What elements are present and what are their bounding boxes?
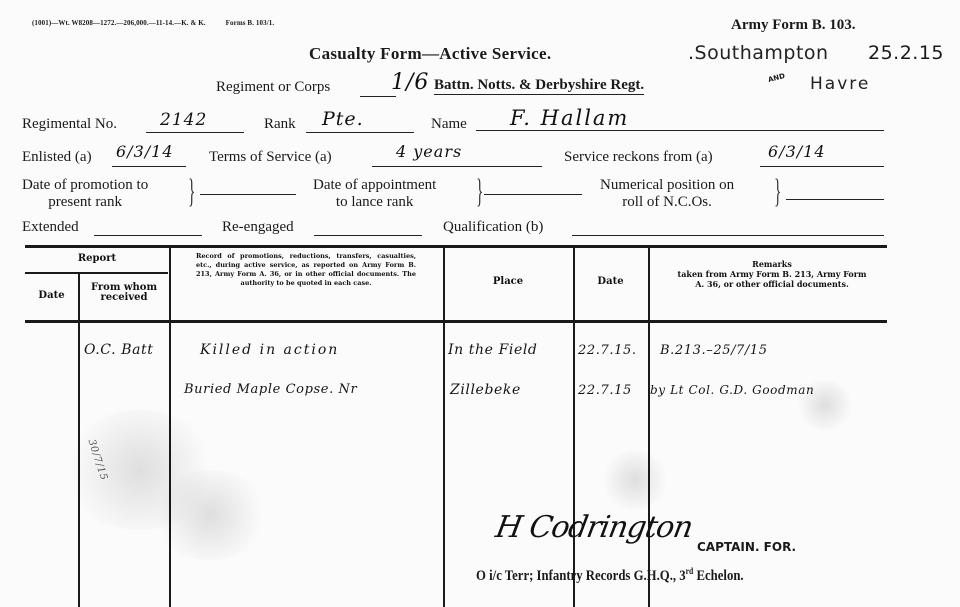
enlisted-underline [112, 166, 186, 167]
header-record: Record of promotions, reductions, transf… [196, 252, 416, 288]
extended-underline[interactable] [94, 235, 202, 236]
stamp-and: AND [767, 72, 786, 84]
name-underline [476, 130, 884, 131]
rank-label: Rank [264, 116, 296, 133]
regimental-no-underline [146, 132, 244, 133]
reckons-value[interactable]: 6/3/14 [768, 142, 826, 161]
ncos-label-line1: Numerical position on [600, 177, 734, 194]
reengaged-label: Re-engaged [222, 219, 294, 236]
promotion-brace: } [188, 175, 195, 209]
form-reference: Forms B. 103/1. [226, 19, 275, 27]
row1-date[interactable]: 22.7.15. [578, 343, 637, 358]
reckons-label: Service reckons from (a) [564, 149, 713, 166]
stamp-place-havre: Havre [810, 74, 870, 94]
regimental-no-label: Regimental No. [22, 116, 117, 133]
records-office-suffix: Echelon. [693, 568, 743, 584]
terms-label: Terms of Service (a) [209, 149, 332, 166]
reengaged-underline[interactable] [314, 235, 422, 236]
regiment-label: Regiment or Corps [216, 79, 330, 96]
regiment-underline [360, 96, 396, 97]
qualification-underline[interactable] [572, 235, 884, 236]
paper-stain [600, 450, 670, 510]
army-form-number: Army Form B. 103. [731, 17, 856, 34]
records-office: O i/c Terr; Infantry Records G.H.Q., 3rd… [476, 566, 744, 585]
promotion-label-line2: present rank [22, 194, 148, 211]
table-header-bottom-border [25, 320, 887, 323]
ncos-underline[interactable] [786, 199, 884, 200]
promotion-label: Date of promotion to present rank [22, 177, 148, 211]
enlisted-label: Enlisted (a) [22, 149, 92, 166]
extended-label: Extended [22, 219, 79, 236]
col-divider-date-from [78, 273, 80, 607]
name-value[interactable]: F. Hallam [510, 106, 629, 130]
col-divider-date-remarks [648, 248, 650, 607]
reckons-underline [760, 166, 884, 167]
report-subheader-rule [25, 272, 168, 274]
signature-title: CAPTAIN. FOR. [697, 540, 796, 554]
terms-underline [372, 166, 542, 167]
col-divider-record-place [443, 248, 445, 607]
paper-stain [150, 470, 270, 560]
signature: H Codrington [493, 510, 695, 545]
terms-value[interactable]: 4 years [396, 142, 462, 161]
promotion-label-line1: Date of promotion to [22, 177, 148, 194]
regiment-number-value[interactable]: 1/6 [391, 70, 429, 95]
promotion-underline[interactable] [200, 194, 296, 195]
header-report-date: Date [25, 291, 78, 301]
stamp-place-southampton: .Southampton [688, 42, 829, 64]
col-divider-from-record [169, 248, 171, 607]
appointment-brace: } [476, 175, 483, 209]
row1-place[interactable]: In the Field [448, 342, 538, 358]
print-code-text: (1001)—Wt. W8208—1272.—206,000.—11-14.—K… [32, 19, 206, 27]
appointment-label-line1: Date of appointment [313, 177, 436, 194]
row1-record[interactable]: Killed in action [200, 342, 339, 358]
stamp-date: 25.2.15 [868, 42, 944, 64]
row1-remarks[interactable]: B.213.–25/7/15 [660, 343, 768, 358]
ncos-label-line2: roll of N.C.Os. [600, 194, 734, 211]
row1-from-whom[interactable]: O.C. Batt [84, 342, 154, 358]
header-date: Date [573, 277, 648, 287]
header-remarks-desc: taken from Army Form B. 213, Army Form A… [674, 269, 870, 289]
row2-place[interactable]: Zillebeke [450, 382, 521, 398]
table-top-border [25, 245, 887, 248]
row2-date[interactable]: 22.7.15 [578, 383, 632, 398]
regimental-no-value[interactable]: 2142 [160, 110, 207, 130]
header-remarks-title: Remarks [674, 259, 870, 269]
name-label: Name [431, 116, 467, 133]
header-place: Place [443, 277, 573, 287]
appointment-label-line2: to lance rank [313, 194, 436, 211]
appointment-label: Date of appointment to lance rank [313, 177, 436, 211]
header-from-whom: From whom received [86, 283, 162, 303]
qualification-label: Qualification (b) [443, 219, 543, 236]
records-office-text: O i/c Terr; Infantry Records G.H.Q., 3 [476, 568, 686, 584]
regiment-printed-value: Battn. Notts. & Derbyshire Regt. [434, 77, 644, 95]
row2-remarks[interactable]: by Lt Col. G.D. Goodman [650, 383, 814, 397]
form-title: Casualty Form—Active Service. [309, 44, 551, 64]
print-code: (1001)—Wt. W8208—1272.—206,000.—11-14.—K… [32, 19, 274, 27]
rank-underline [306, 132, 414, 133]
col-divider-place-date [573, 248, 575, 607]
ncos-brace: } [774, 175, 781, 209]
ncos-label: Numerical position on roll of N.C.Os. [600, 177, 734, 211]
rank-value[interactable]: Pte. [322, 108, 364, 130]
records-office-ordinal: rd [686, 566, 694, 576]
header-report: Report [25, 254, 169, 264]
row2-record[interactable]: Buried Maple Copse. Nr [184, 382, 357, 397]
appointment-underline[interactable] [484, 194, 582, 195]
enlisted-value[interactable]: 6/3/14 [116, 142, 174, 161]
